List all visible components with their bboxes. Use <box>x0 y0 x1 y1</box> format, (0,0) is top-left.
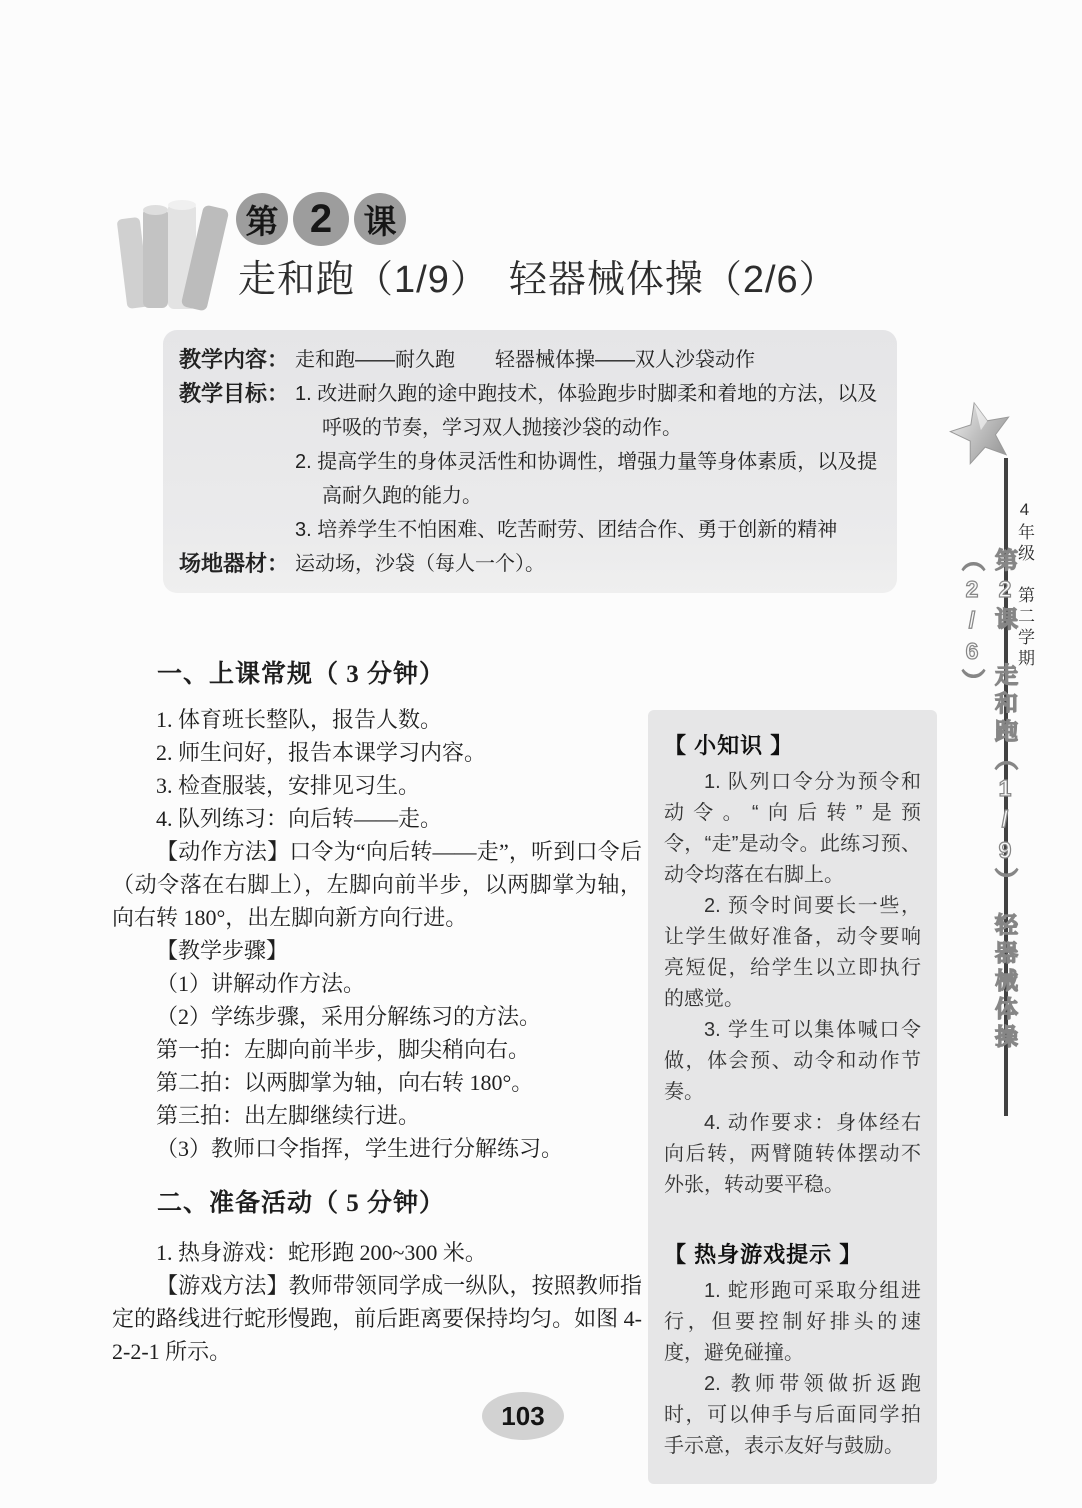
badge-char-number: 2 <box>293 192 349 246</box>
page-number-badge: 103 <box>482 1392 564 1440</box>
teaching-step-item: （2）学练步骤，采用分解练习的方法。 <box>112 1000 642 1033</box>
equipment-text: 运动场，沙袋（每人一个）。 <box>295 547 881 581</box>
teaching-goal-label: 教学目标： <box>179 377 295 411</box>
knowledge-item: 2. 预令时间要长一些，让学生做好准备，动令要响亮短促，给学生以立即执行的感觉。 <box>664 891 921 1015</box>
equipment-label: 场地器材： <box>179 547 295 581</box>
badge-char-ke: 课 <box>354 193 406 245</box>
badge-char-di: 第 <box>236 193 288 245</box>
equipment-row: 场地器材： 运动场，沙袋（每人一个）。 <box>179 547 881 581</box>
game-method-paragraph: 【游戏方法】教师带领同学成一纵队，按照教师指定的路线进行蛇形慢跑，前后距离要保持… <box>112 1269 642 1368</box>
page-title: 走和跑（1/9） 轻器械体操（2/6） <box>238 248 838 303</box>
goal-item: 1. 改进耐久跑的途中跑技术，体验跑步时脚柔和着地的方法，以及呼吸的节奏，学习双… <box>295 377 881 445</box>
action-method-paragraph: 【动作方法】口令为“向后转——走”，听到口令后（动令落在右脚上），左脚向前半步，… <box>112 835 642 934</box>
tips-box: 【 小知识 】 1. 队列口令分为预令和动令。“向后转”是预令，“走”是动令。此… <box>648 710 937 1484</box>
routine-item: 1. 体育班长整队，报告人数。 <box>112 703 642 736</box>
warmup-tip-item: 2. 教师带领做折返跑时，可以伸手与后面同学拍手示意，表示友好与鼓励。 <box>664 1369 921 1462</box>
teaching-step-item: 第二拍：以两脚掌为轴，向右转 180°。 <box>112 1066 642 1099</box>
section-heading-1: 一、上课常规（ 3 分钟） <box>112 658 642 691</box>
warmup-item: 1. 热身游戏：蛇形跑 200~300 米。 <box>112 1236 642 1269</box>
textbook-page: 第 2 课 走和跑（1/9） 轻器械体操（2/6） 教学内容： 走和跑——耐久跑… <box>0 0 1082 1508</box>
star-icon <box>943 393 1022 475</box>
page-number: 103 <box>501 1401 544 1432</box>
lesson-number-badge: 第 2 课 <box>236 192 406 246</box>
teaching-content-text: 走和跑——耐久跑 轻器械体操——双人沙袋动作 <box>295 343 881 377</box>
teaching-content-row: 教学内容： 走和跑——耐久跑 轻器械体操——双人沙袋动作 <box>179 343 881 377</box>
warmup-tip-item: 1. 蛇形跑可采取分组进行，但要控制好排头的速度，避免碰撞。 <box>664 1276 921 1369</box>
teaching-goal-row: 教学目标： 1. 改进耐久跑的途中跑技术，体验跑步时脚柔和着地的方法，以及呼吸的… <box>179 377 881 547</box>
routine-item: 3. 检查服装，安排见习生。 <box>112 769 642 802</box>
goal-item: 3. 培养学生不怕困难、吃苦耐劳、团结合作、勇于创新的精神 <box>295 513 881 547</box>
teaching-steps-heading: 【教学步骤】 <box>112 934 642 967</box>
lesson-vertical-text: 第2课 走和跑（1/9） 轻器械体操（2/6） <box>956 548 1022 1148</box>
teaching-step-item: （1）讲解动作方法。 <box>112 967 642 1000</box>
books-icon <box>114 188 234 319</box>
knowledge-item: 3. 学生可以集体喊口令做，体会预、动令和动作节奏。 <box>664 1015 921 1108</box>
tips-title-knowledge: 【 小知识 】 <box>664 730 921 761</box>
knowledge-item: 4. 动作要求：身体经右向后转，两臂随转体摆动不外张，转动要平稳。 <box>664 1108 921 1201</box>
section-heading-2: 二、准备活动（ 5 分钟） <box>112 1187 642 1220</box>
teaching-content-label: 教学内容： <box>179 343 295 377</box>
main-content-column: 一、上课常规（ 3 分钟） 1. 体育班长整队，报告人数。 2. 师生问好，报告… <box>112 658 642 1368</box>
tips-title-warmup: 【 热身游戏提示 】 <box>664 1239 921 1270</box>
teaching-step-item: 第一拍：左脚向前半步，脚尖稍向右。 <box>112 1033 642 1066</box>
teaching-step-item: 第三拍：出左脚继续行进。 <box>112 1099 642 1132</box>
routine-item: 4. 队列练习：向后转——走。 <box>112 802 642 835</box>
teaching-info-box: 教学内容： 走和跑——耐久跑 轻器械体操——双人沙袋动作 教学目标： 1. 改进… <box>163 330 897 593</box>
teaching-step-item: （3）教师口令指挥，学生进行分解练习。 <box>112 1132 642 1165</box>
goal-item: 2. 提高学生的身体灵活性和协调性，增强力量等身体素质，以及提高耐久跑的能力。 <box>295 445 881 513</box>
knowledge-item: 1. 队列口令分为预令和动令。“向后转”是预令，“走”是动令。此练习预、动令均落… <box>664 767 921 891</box>
routine-item: 2. 师生问好，报告本课学习内容。 <box>112 736 642 769</box>
